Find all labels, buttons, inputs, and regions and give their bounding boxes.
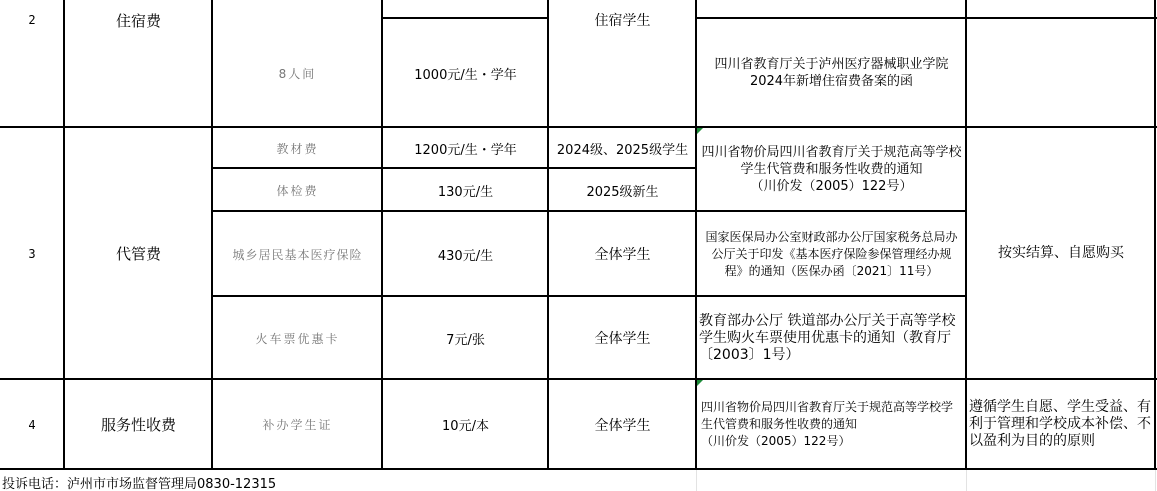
complaint-hotline: 投诉电话：泸州市市场监督管理局0830-12315 xyxy=(2,473,276,491)
border-line xyxy=(382,17,548,19)
border-line xyxy=(211,0,213,470)
row-index[interactable]: 2 xyxy=(0,0,64,40)
item-name-cell[interactable]: 教材费 xyxy=(213,128,382,168)
applicable-cell[interactable]: 全体学生 xyxy=(549,297,696,379)
basis-cell[interactable]: 四川省物价局四川省教育厅关于规范高等学校学生代管费和服务性收费的通知 （川价发（… xyxy=(697,380,966,469)
border-line xyxy=(381,0,383,470)
applicable-cell[interactable]: 住宿学生 xyxy=(549,0,696,40)
item-name-cell[interactable]: 8人间 xyxy=(213,19,382,127)
border-line xyxy=(1154,0,1156,470)
applicable-cell[interactable]: 2024级、2025级学生 xyxy=(549,128,696,168)
border-line xyxy=(212,210,966,212)
border-line xyxy=(212,167,696,169)
gridline xyxy=(966,470,967,491)
note-cell[interactable]: 按实结算、自愿购买 xyxy=(967,128,1155,379)
item-name-cell[interactable]: 补办学生证 xyxy=(213,380,382,469)
applicable-cell[interactable]: 全体学生 xyxy=(549,212,696,296)
gridline xyxy=(1155,470,1156,491)
standard-cell[interactable]: 430元/生 xyxy=(383,212,548,296)
basis-cell[interactable]: 四川省教育厅关于泸州医疗器械职业学院 2024年新增住宿费备案的函 xyxy=(697,19,966,127)
basis-cell[interactable]: 教育部办公厅 铁道部办公厅关于高等学校学生购火车票使用优惠卡的通知（教育厅〔20… xyxy=(697,297,966,379)
item-name-cell[interactable]: 城乡居民基本医疗保险 xyxy=(213,212,382,296)
applicable-cell[interactable]: 全体学生 xyxy=(549,380,696,469)
border-line xyxy=(547,0,549,470)
border-line xyxy=(696,17,1157,19)
border-line xyxy=(695,0,697,470)
standard-cell[interactable]: 130元/生 xyxy=(383,169,548,211)
cell-comment-marker-icon xyxy=(697,380,703,386)
border-line xyxy=(212,295,966,297)
row-index[interactable]: 3 xyxy=(0,128,64,379)
row-index[interactable]: 4 xyxy=(0,380,64,469)
border-line xyxy=(63,0,65,470)
cell-comment-marker-icon xyxy=(697,128,703,134)
border-line xyxy=(0,468,1157,470)
standard-cell[interactable]: 1200元/生・学年 xyxy=(383,128,548,168)
border-line xyxy=(0,126,1157,128)
standard-cell[interactable]: 1000元/生・学年 xyxy=(383,19,548,127)
note-cell[interactable]: 遵循学生自愿、学生受益、有利于管理和学校成本补偿、不以盈利为目的的原则 xyxy=(967,380,1155,469)
gridline xyxy=(696,470,697,491)
basis-cell[interactable]: 国家医保局办公室财政部办公厅国家税务总局办公厅关于印发《基本医疗保险参保管理经办… xyxy=(697,212,966,296)
border-line xyxy=(965,0,967,470)
applicable-cell[interactable]: 2025级新生 xyxy=(549,169,696,211)
standard-cell[interactable]: 7元/张 xyxy=(383,297,548,379)
item-name-cell[interactable]: 体检费 xyxy=(213,169,382,211)
category-cell[interactable]: 住宿费 xyxy=(65,0,212,40)
basis-cell[interactable]: 四川省物价局四川省教育厅关于规范高等学校学生代管费和服务性收费的通知 （川价发（… xyxy=(697,128,966,211)
standard-cell[interactable]: 10元/本 xyxy=(383,380,548,469)
border-line xyxy=(0,378,1157,380)
spreadsheet: 2 住宿费 住宿学生 8人间 1000元/生・学年 四川省教育厅关于泸州医疗器械… xyxy=(0,0,1157,491)
item-name-cell[interactable]: 火车票优惠卡 xyxy=(213,297,382,379)
category-cell[interactable]: 代管费 xyxy=(65,128,212,379)
category-cell[interactable]: 服务性收费 xyxy=(65,380,212,469)
